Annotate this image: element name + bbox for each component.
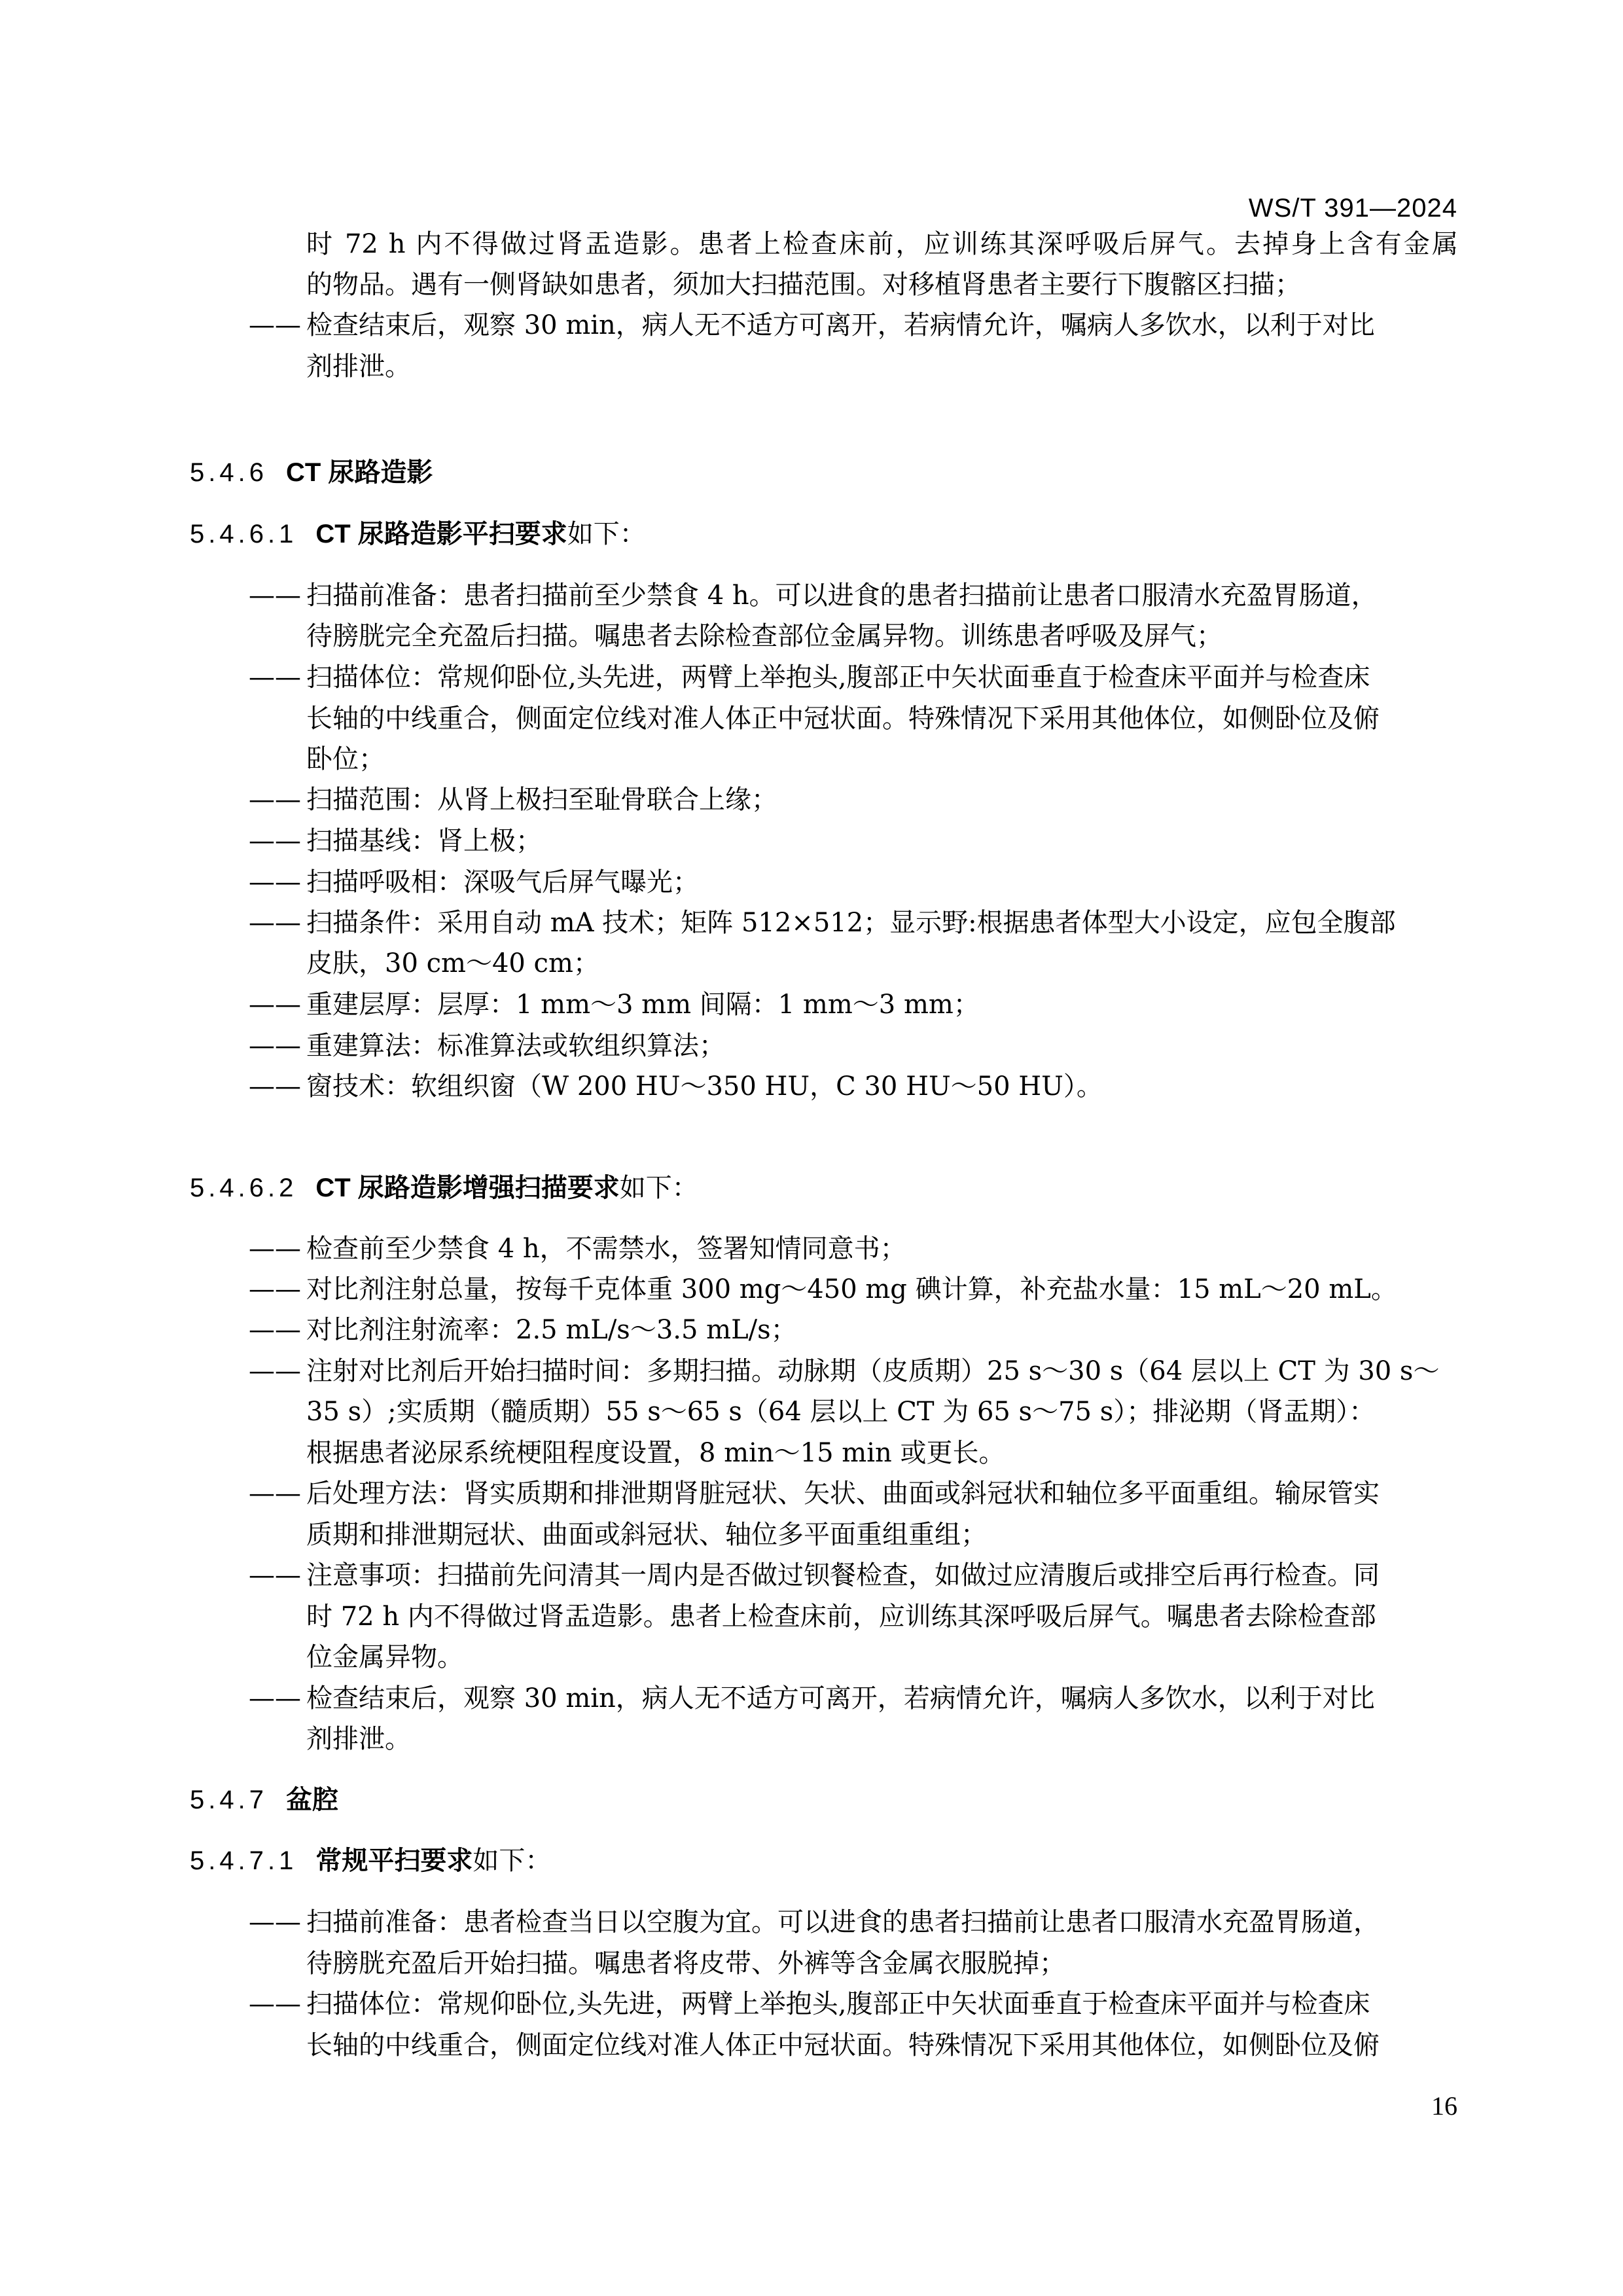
em-dash-bullet: —— — [249, 865, 306, 899]
list-item: ——扫描体位：常规仰卧位,头先进，两臂上举抱头,腹部正中矢状面垂直于检查床平面并… — [249, 1987, 1458, 2021]
list-item: ——扫描范围：从肾上极扫至耻骨联合上缘； — [249, 783, 1458, 817]
list-item-continuation: 质期和排泄期冠状、曲面或斜冠状、轴位多平面重组重组； — [306, 1518, 1458, 1552]
list-item-continuation: 位金属异物。 — [306, 1640, 1458, 1674]
list-item: ——扫描体位：常规仰卧位,头先进，两臂上举抱头,腹部正中矢状面垂直于检查床平面并… — [249, 660, 1458, 694]
em-dash-bullet: —— — [249, 579, 306, 613]
list-item: ——对比剂注射总量，按每千克体重 300 mg～450 mg 碘计算，补充盐水量… — [249, 1272, 1458, 1306]
em-dash-bullet: —— — [249, 1477, 306, 1511]
em-dash-bullet: —— — [249, 906, 306, 940]
page-number: 16 — [1431, 2089, 1457, 2123]
em-dash-bullet: —— — [249, 1681, 306, 1715]
section-heading-5-4-6-2: 5.4.6.2CT 尿路造影增强扫描要求如下： — [190, 1171, 698, 1205]
list-item: ——注意事项：扫描前先问清其一周内是否做过钡餐检查，如做过应清腹后或排空后再行检… — [249, 1558, 1458, 1592]
list-item: ——扫描基线：肾上极； — [249, 824, 1458, 858]
list-item-continuation: 卧位； — [306, 742, 1458, 776]
section-heading-5-4-7: 5.4.7盆腔 — [190, 1783, 338, 1817]
list-item: ——后处理方法：肾实质期和排泄期肾脏冠状、矢状、曲面或斜冠状和轴位多平面重组。输… — [249, 1477, 1458, 1511]
em-dash-bullet: —— — [249, 1354, 306, 1388]
em-dash-bullet: —— — [249, 1232, 306, 1266]
em-dash-bullet: —— — [249, 308, 306, 342]
list-item: ——扫描条件：采用自动 mA 技术；矩阵 512×512；显示野:根据患者体型大… — [249, 906, 1458, 940]
em-dash-bullet: —— — [249, 988, 306, 1022]
em-dash-bullet: —— — [249, 1272, 306, 1306]
em-dash-bullet: —— — [249, 1313, 306, 1347]
list-item: ——窗技术：软组织窗（W 200 HU～350 HU，C 30 HU～50 HU… — [249, 1069, 1458, 1103]
list-item: ——注射对比剂后开始扫描时间：多期扫描。动脉期（皮质期）25 s～30 s（64… — [249, 1354, 1458, 1388]
list-item: ——对比剂注射流率：2.5 mL/s～3.5 mL/s； — [249, 1313, 1458, 1347]
em-dash-bullet: —— — [249, 1069, 306, 1103]
document-id-header: WS/T 391—2024 — [1249, 191, 1457, 225]
list-item-continuation: 皮肤，30 cm～40 cm； — [306, 946, 1458, 980]
em-dash-bullet: —— — [249, 1905, 306, 1939]
list-item-continuation: 待膀胱完全充盈后扫描。嘱患者去除检查部位金属异物。训练患者呼吸及屏气； — [306, 619, 1458, 653]
list-item-continuation: 长轴的中线重合，侧面定位线对准人体正中冠状面。特殊情况下采用其他体位，如侧卧位及… — [306, 2028, 1458, 2062]
em-dash-bullet: —— — [249, 824, 306, 858]
list-item-continuation: 待膀胱充盈后开始扫描。嘱患者将皮带、外裤等含金属衣服脱掉； — [306, 1946, 1458, 1981]
list-item: ——检查结束后，观察 30 min，病人无不适方可离开，若病情允许，嘱病人多饮水… — [249, 308, 1458, 342]
section-heading-5-4-6-1: 5.4.6.1CT 尿路造影平扫要求如下： — [190, 517, 646, 551]
list-item: ——扫描前准备：患者扫描前至少禁食 4 h。可以进食的患者扫描前让患者口服清水充… — [249, 579, 1458, 613]
list-item: ——扫描呼吸相：深吸气后屏气曝光； — [249, 865, 1458, 899]
em-dash-bullet: —— — [249, 1558, 306, 1592]
list-item-continuation: 根据患者泌尿系统梗阻程度设置，8 min～15 min 或更长。 — [306, 1436, 1458, 1470]
list-item: ——扫描前准备：患者检查当日以空腹为宜。可以进食的患者扫描前让患者口服清水充盈胃… — [249, 1905, 1458, 1939]
em-dash-bullet: —— — [249, 660, 306, 694]
list-item: ——重建层厚：层厚：1 mm～3 mm 间隔：1 mm～3 mm； — [249, 988, 1458, 1022]
list-item: ——重建算法：标准算法或软组织算法； — [249, 1029, 1458, 1063]
list-item: ——检查前至少禁食 4 h，不需禁水，签署知情同意书； — [249, 1232, 1458, 1266]
list-item-continuation: 时 72 h 内不得做过肾盂造影。患者上检查床前，应训练其深呼吸后屏气。嘱患者去… — [306, 1600, 1458, 1634]
paragraph-line: 时 72 h 内不得做过肾盂造影。患者上检查床前，应训练其深呼吸后屏气。去掉身上… — [306, 227, 1458, 261]
em-dash-bullet: —— — [249, 783, 306, 817]
em-dash-bullet: —— — [249, 1029, 306, 1063]
list-item-continuation: 剂排泄。 — [306, 1722, 1458, 1756]
section-heading-5-4-7-1: 5.4.7.1常规平扫要求如下： — [190, 1844, 551, 1878]
paragraph-line: 剂排泄。 — [306, 350, 1458, 384]
list-item-continuation: 35 s）;实质期（髓质期）55 s～65 s（64 层以上 CT 为 65 s… — [306, 1395, 1458, 1429]
paragraph-line: 的物品。遇有一侧肾缺如患者，须加大扫描范围。对移植肾患者主要行下腹髂区扫描； — [306, 268, 1458, 302]
em-dash-bullet: —— — [249, 1987, 306, 2021]
list-item-continuation: 长轴的中线重合，侧面定位线对准人体正中冠状面。特殊情况下采用其他体位，如侧卧位及… — [306, 702, 1458, 736]
section-heading-5-4-6: 5.4.6CT 尿路造影 — [190, 456, 433, 490]
list-item: ——检查结束后，观察 30 min，病人无不适方可离开，若病情允许，嘱病人多饮水… — [249, 1681, 1458, 1715]
document-page: WS/T 391—2024 时 72 h 内不得做过肾盂造影。患者上检查床前，应… — [0, 0, 1623, 2296]
